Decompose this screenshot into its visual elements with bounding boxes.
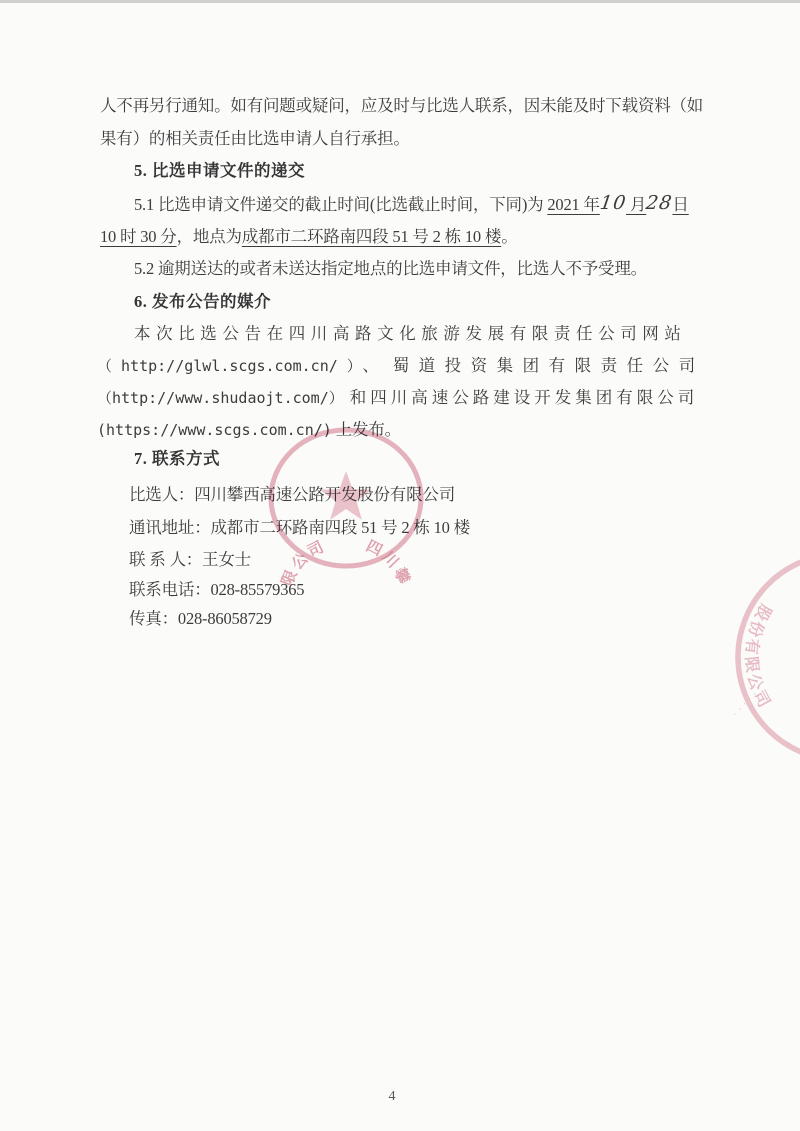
submission-address: 成都市二环路南四段 51 号 2 栋 10 楼 (242, 227, 501, 246)
seal-arc-text-holder: 四川攀西高速公路开发股份有限公司 (276, 536, 415, 585)
url-glwl: （ http://glwl.scgs.com.cn/ ） (97, 357, 354, 375)
paragraph-continuation-line-1: 人不再另行通知。如有问题或疑问，应及时与比选人联系，因未能及时下载资料（如 (100, 95, 703, 117)
section6-heading: 6. 发布公告的媒介 (134, 291, 271, 313)
contact-person: 联 系 人：王女士 (129, 549, 251, 571)
media-paragraph-line-4: (https://www.scgs.com.cn/) 上发布。 (97, 419, 401, 441)
url-scgs: (https://www.scgs.com.cn/) (97, 421, 332, 439)
media-paragraph-line-3: （http://www.shudaojt.com/）和四川高速公路建设开发集团有… (97, 387, 698, 409)
published-on-text: 上发布。 (332, 420, 401, 439)
edge-seal-arc-text-holder: 股份有限公司 (742, 601, 776, 713)
sentence-period: 。 (501, 227, 517, 246)
edge-seal-number-marks: · · · · · (731, 689, 759, 717)
media-paragraph-line-1: 本次比选公告在四川高路文化旅游发展有限责任公司网站 (134, 323, 687, 345)
handwritten-month: 10 (598, 192, 627, 214)
deadline-time: 10 时 30 分 (100, 227, 177, 246)
company-shudao-investment: 蜀道投资集团有限责任公司 (393, 356, 705, 375)
location-label: ，地点为 (177, 227, 242, 246)
item-5-1-line-1: 5.1 比选申请文件递交的截止时间(比选截止时间，下同)为 2021 年10 月… (134, 193, 689, 216)
paragraph-continuation-line-2: 果有）的相关责任由比选申请人自行承担。 (100, 128, 410, 150)
contact-phone: 联系电话：028-85579365 (129, 579, 304, 601)
edge-seal: 股份有限公司 · · · · · (700, 545, 800, 771)
page-number: 4 (0, 1089, 784, 1105)
contact-address: 通讯地址：成都市二环路南四段 51 号 2 栋 10 楼 (129, 517, 470, 539)
item-5-1-line-2: 10 时 30 分，地点为成都市二环路南四段 51 号 2 栋 10 楼。 (100, 226, 518, 248)
edge-seal-arc-text: 股份有限公司 (742, 601, 776, 713)
section5-heading: 5. 比选申请文件的递交 (134, 160, 305, 182)
section7-heading: 7. 联系方式 (134, 448, 220, 470)
url-shudaojt: （http://www.shudaojt.com/） (97, 389, 344, 407)
edge-seal-ring (738, 554, 800, 760)
day-unit: 日 (672, 195, 688, 214)
contact-name: 比选人：四川攀西高速公路开发股份有限公司 (129, 484, 455, 506)
deadline-year: 2021 年 (547, 195, 599, 214)
item-5-2: 5.2 逾期送达的或者未送达指定地点的比选申请文件，比选人不予受理。 (134, 258, 647, 280)
seal-arc-text: 四川攀西高速公路开发股份有限公司 (276, 536, 415, 585)
company-scgs-group: 和四川高速公路建设开发集团有限公司 (350, 388, 699, 407)
media-paragraph-line-2: （ http://glwl.scgs.com.cn/ ）、蜀道投资集团有限责任公… (97, 355, 705, 377)
month-unit: 月 (626, 195, 646, 214)
scan-edge-artifact (0, 0, 800, 3)
document-page: 人不再另行通知。如有问题或疑问，应及时与比选人联系，因未能及时下载资料（如 果有… (0, 0, 800, 1131)
enumeration-comma: 、 (362, 356, 378, 375)
deadline-date: 2021 年10 月28日 (547, 195, 688, 214)
handwritten-day: 28 (645, 192, 674, 214)
contact-fax: 传真：028-86058729 (129, 608, 272, 630)
deadline-text: 5.1 比选申请文件递交的截止时间(比选截止时间，下同)为 (134, 195, 547, 214)
